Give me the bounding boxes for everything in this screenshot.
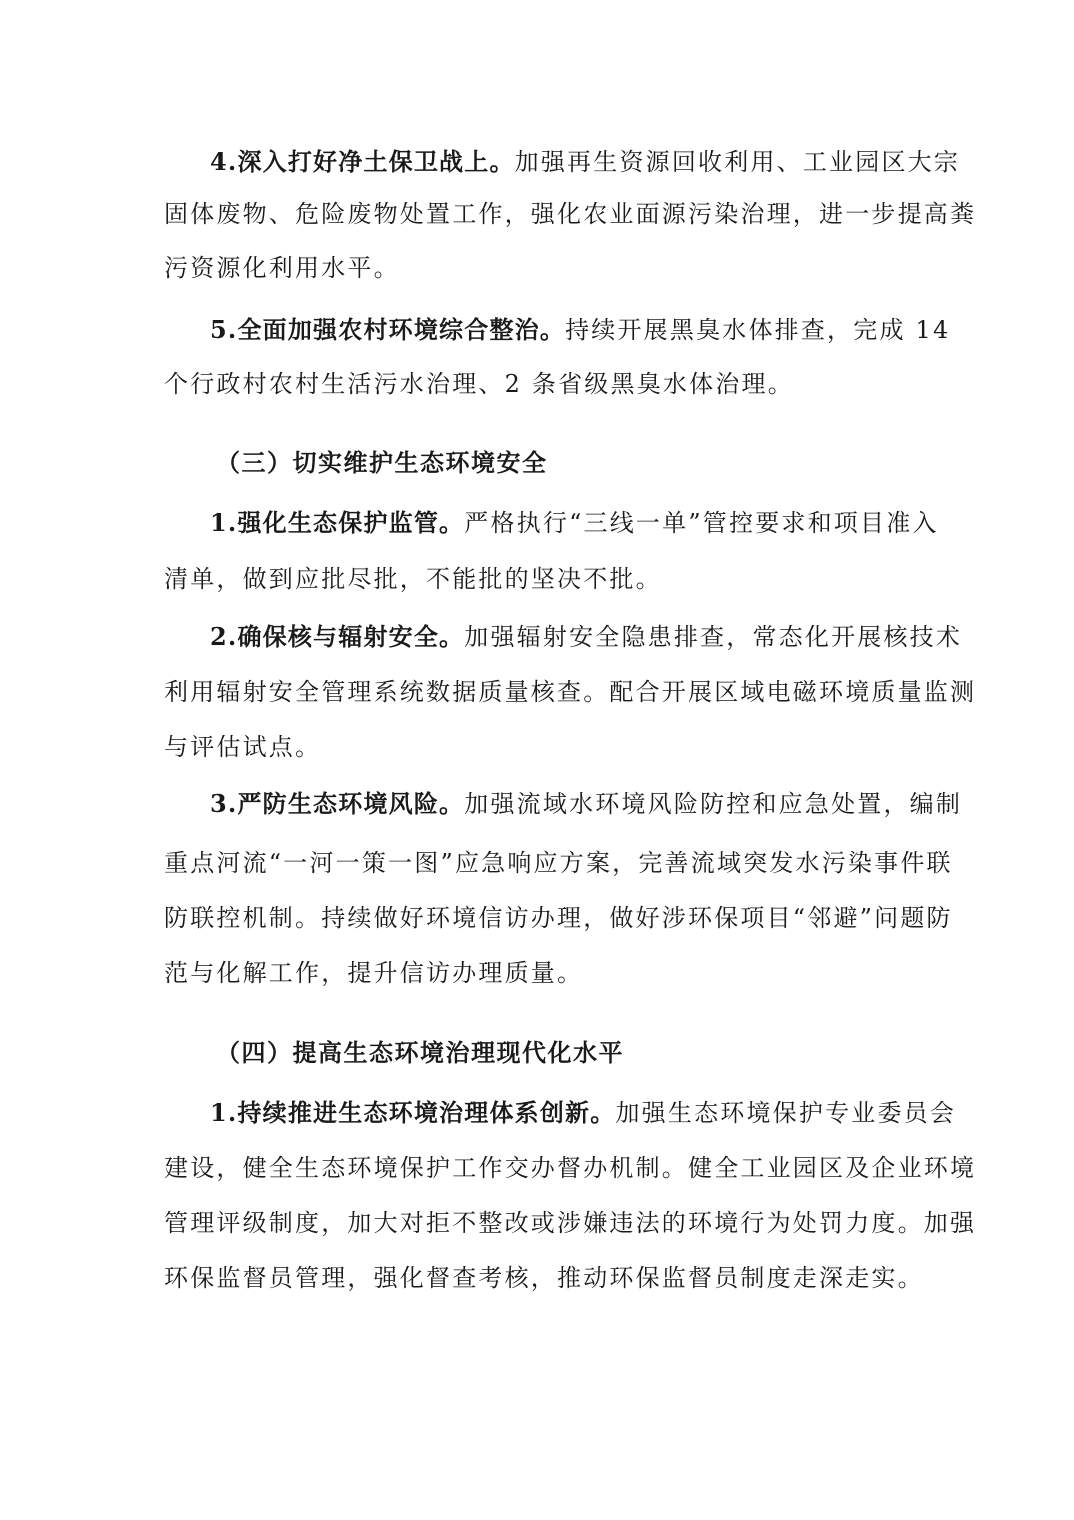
paragraph-line: 清单，做到应批尽批，不能批的坚决不批。 — [164, 564, 662, 594]
item-text: 持续开展黑臭水体排查，完成 14 — [565, 316, 950, 344]
item-text: 加强生态环境保护专业委员会 — [615, 1099, 956, 1127]
paragraph-line: 2.确保核与辐射安全。加强辐射安全隐患排查，常态化开展核技术 — [210, 622, 962, 652]
paragraph-line: 防联控机制。持续做好环境信访办理，做好涉环保项目“邻避”问题防 — [164, 903, 953, 933]
paragraph-line: 建设，健全生态环境保护工作交办督办机制。健全工业园区及企业环境 — [164, 1153, 976, 1183]
item-title: 4.深入打好净土保卫战上。 — [210, 147, 515, 176]
item-text: 加强流域水环境风险防控和应急处置，编制 — [464, 790, 962, 818]
paragraph-line: 4.深入打好净土保卫战上。加强再生资源回收利用、工业园区大宗 — [210, 147, 960, 177]
item-text: 加强辐射安全隐患排查，常态化开展核技术 — [464, 623, 962, 651]
item-text: 加强再生资源回收利用、工业园区大宗 — [515, 148, 960, 176]
paragraph-line: 与评估试点。 — [164, 732, 321, 762]
item-title: 2.确保核与辐射安全。 — [210, 622, 464, 651]
item-text: 严格执行“三线一单”管控要求和项目准入 — [464, 509, 938, 537]
item-title: 1.持续推进生态环境治理体系创新。 — [210, 1098, 615, 1127]
paragraph-line: 利用辐射安全管理系统数据质量核查。配合开展区域电磁环境质量监测 — [164, 677, 976, 707]
paragraph-line: 1.持续推进生态环境治理体系创新。加强生态环境保护专业委员会 — [210, 1098, 956, 1128]
paragraph-line: 管理评级制度，加大对拒不整改或涉嫌违法的环境行为处罚力度。加强 — [164, 1208, 976, 1238]
paragraph-line: 污资源化利用水平。 — [164, 253, 400, 283]
paragraph-line: 重点河流“一河一策一图”应急响应方案，完善流域突发水污染事件联 — [164, 848, 953, 878]
section-heading: （三）切实维护生态环境安全 — [216, 448, 548, 478]
item-title: 5.全面加强农村环境综合整治。 — [210, 315, 565, 344]
paragraph-line: 3.严防生态环境风险。加强流域水环境风险防控和应急处置，编制 — [210, 789, 962, 819]
paragraph-line: 5.全面加强农村环境综合整治。持续开展黑臭水体排查，完成 14 — [210, 315, 950, 345]
item-title: 1.强化生态保护监管。 — [210, 508, 464, 537]
item-title: 3.严防生态环境风险。 — [210, 789, 464, 818]
paragraph-line: 固体废物、危险废物处置工作，强化农业面源污染治理，进一步提高粪 — [164, 199, 976, 229]
paragraph-line: 环保监督员管理，强化督查考核，推动环保监督员制度走深走实。 — [164, 1263, 924, 1293]
paragraph-line: 1.强化生态保护监管。严格执行“三线一单”管控要求和项目准入 — [210, 508, 939, 538]
paragraph-line: 个行政村农村生活污水治理、2 条省级黑臭水体治理。 — [164, 369, 794, 399]
paragraph-line: 范与化解工作，提升信访办理质量。 — [164, 958, 583, 988]
section-heading: （四）提高生态环境治理现代化水平 — [216, 1038, 624, 1068]
